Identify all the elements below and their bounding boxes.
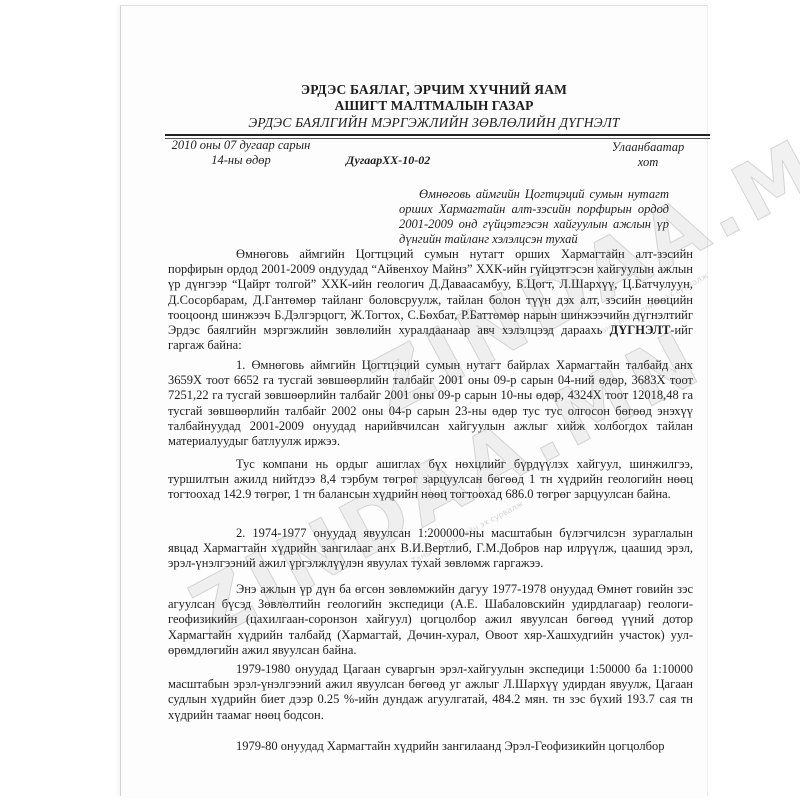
agency-name: АШИГТ МАЛТМАЛЫН ГАЗАР bbox=[161, 98, 707, 114]
paragraph-4-text: Энэ ажлын үр дүн ба өгсөн зөвлөмжийн даг… bbox=[168, 582, 693, 658]
document-date: 2010 оны 07 дугаар сарын 14-ны өдөр bbox=[171, 138, 311, 168]
document-number: ДугаарХХ-10-02 bbox=[346, 153, 430, 168]
place-line-1: Улаанбаатар bbox=[603, 140, 693, 155]
paragraph-6-text: 1979-80 онуудад Хармагтайн хүдрийн занги… bbox=[168, 739, 693, 754]
ministry-name: ЭРДЭС БАЯЛАГ, ЭРЧИМ ХҮЧНИЙ ЯАМ bbox=[161, 82, 707, 98]
date-line-1: 2010 оны 07 дугаар сарын bbox=[171, 138, 311, 153]
paragraph-1: 1. Өмнөговь аймгийн Цогтцэций сумын нута… bbox=[168, 358, 693, 449]
paragraph-2-text: Тус компани нь ордыг ашиглах бүх нөхцлий… bbox=[168, 457, 693, 503]
paragraph-2: Тус компани нь ордыг ашиглах бүх нөхцлий… bbox=[168, 457, 693, 503]
document-subject: Өмнөговь аймгийн Цогтцэций сумын нутагт … bbox=[399, 187, 669, 247]
paragraph-6: 1979-80 онуудад Хармагтайн хүдрийн занги… bbox=[168, 739, 693, 754]
council-conclusion-title: ЭРДЭС БАЯЛГИЙН МЭРГЭЖЛИЙН ЗӨВЛӨЛИЙН ДҮГН… bbox=[161, 114, 707, 131]
place-line-2: хот bbox=[603, 155, 693, 170]
paragraph-4: Энэ ажлын үр дүн ба өгсөн зөвлөмжийн даг… bbox=[168, 582, 693, 658]
date-line-2: 14-ны өдөр bbox=[171, 153, 311, 168]
paragraph-1-text: 1. Өмнөговь аймгийн Цогтцэций сумын нута… bbox=[168, 358, 693, 449]
scanned-document-page: ЭРДЭС БАЯЛАГ, ЭРЧИМ ХҮЧНИЙ ЯАМ АШИГТ МАЛ… bbox=[120, 5, 708, 796]
document-header: ЭРДЭС БАЯЛАГ, ЭРЧИМ ХҮЧНИЙ ЯАМ АШИГТ МАЛ… bbox=[121, 82, 707, 131]
header-rule bbox=[165, 134, 710, 136]
paragraph-5-text: 1979-1980 онуудад Цагаан суваргын эрэл-х… bbox=[168, 662, 693, 723]
document-place: Улаанбаатар хот bbox=[603, 140, 693, 170]
paragraph-5: 1979-1980 онуудад Цагаан суваргын эрэл-х… bbox=[168, 662, 693, 723]
intro-paragraph: Өмнөговь аймгийн Цогтцэций сумын нутагт … bbox=[168, 247, 693, 353]
